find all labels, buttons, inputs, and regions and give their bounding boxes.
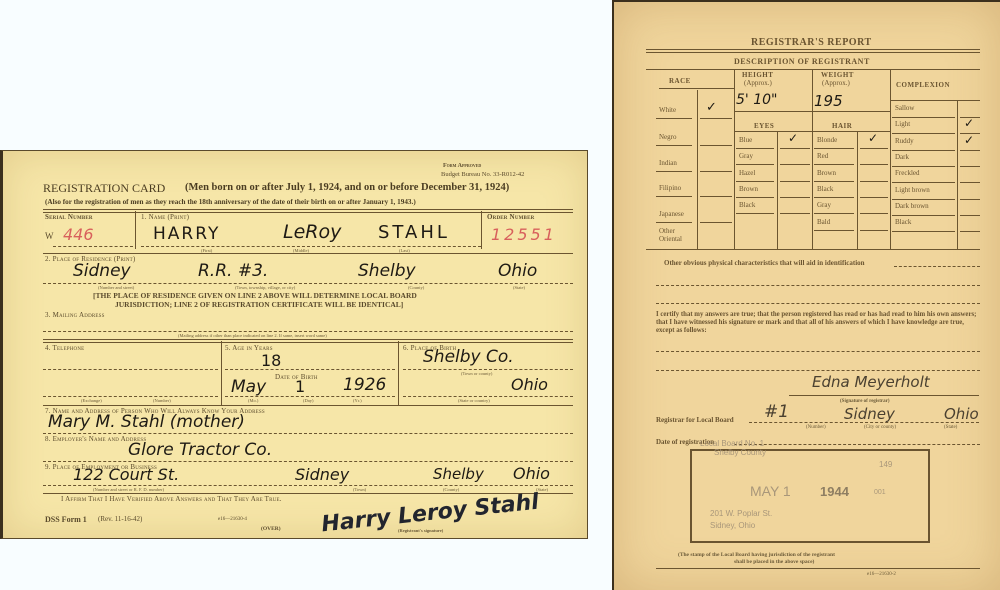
divider bbox=[646, 69, 980, 70]
hair-label: Bald bbox=[817, 218, 830, 226]
employment-state: Ohio bbox=[513, 464, 550, 483]
divider bbox=[656, 568, 980, 569]
line bbox=[43, 331, 573, 332]
stamp-county: Shelby County bbox=[714, 448, 766, 457]
line bbox=[860, 164, 888, 165]
order-number-label: Order Number bbox=[487, 213, 534, 221]
line bbox=[814, 148, 854, 149]
header-weight: WEIGHT bbox=[821, 71, 854, 79]
line bbox=[780, 164, 810, 165]
complexion-label: Dark brown bbox=[895, 202, 929, 210]
dob-month: May bbox=[231, 377, 266, 397]
dob-day: 1 bbox=[295, 377, 305, 396]
name-first: HARRY bbox=[153, 224, 220, 244]
divider bbox=[890, 69, 891, 249]
stamp-address: 201 W. Poplar St. bbox=[710, 509, 772, 518]
line bbox=[734, 444, 980, 445]
divider bbox=[734, 111, 890, 112]
line bbox=[43, 369, 218, 370]
check-mark-icon: ✓ bbox=[706, 100, 717, 115]
over-label: (OVER) bbox=[261, 526, 281, 532]
line bbox=[736, 197, 774, 198]
registrar-signature: Edna Meyerholt bbox=[812, 373, 930, 391]
weight-value: 195 bbox=[814, 92, 843, 110]
line bbox=[736, 164, 774, 165]
contact-value: Mary M. Stahl (mother) bbox=[48, 412, 245, 432]
race-label-indian: Indian bbox=[659, 159, 677, 167]
employment-town: Sidney bbox=[295, 465, 349, 484]
line bbox=[43, 461, 573, 462]
race-label-filipino: Filipino bbox=[659, 184, 681, 192]
line bbox=[141, 246, 481, 247]
stamp-code-149: 149 bbox=[879, 460, 892, 469]
caption-day: (Day) bbox=[303, 398, 314, 403]
divider bbox=[398, 341, 399, 405]
line bbox=[960, 215, 980, 216]
eyes-label: Black bbox=[739, 201, 755, 209]
line bbox=[892, 199, 955, 200]
divider bbox=[43, 253, 573, 254]
caption-emp-county: (County) bbox=[443, 487, 459, 492]
caption-phone-number: (Number) bbox=[153, 398, 171, 403]
caption-mo: (Mo.) bbox=[248, 398, 258, 403]
other-characteristics-label: Other obvious physical characteristics t… bbox=[664, 259, 865, 267]
serial-number-label: Serial Number bbox=[45, 213, 93, 221]
birthplace-town: Shelby Co. bbox=[423, 347, 514, 367]
caption-emp-state: (State) bbox=[536, 487, 548, 492]
line bbox=[892, 182, 955, 183]
employment-street: 122 Court St. bbox=[73, 465, 179, 484]
board-number: #1 bbox=[764, 402, 789, 422]
caption-mailing: (Mailing address if other than place ind… bbox=[178, 333, 327, 338]
height-value: 5' 10" bbox=[736, 92, 777, 108]
certify-statement: I certify that my answers are true; that… bbox=[656, 311, 978, 335]
line bbox=[814, 197, 854, 198]
check-mark-icon: ✓ bbox=[788, 131, 798, 145]
divider bbox=[43, 405, 573, 406]
line bbox=[43, 433, 573, 434]
stamp-date-year: 1944 bbox=[820, 484, 849, 499]
line bbox=[814, 230, 854, 231]
registrar-label: Registrar for Local Board bbox=[656, 416, 734, 424]
birthplace-state: Ohio bbox=[511, 375, 548, 394]
registrar-signature-caption: (Signature of registrar) bbox=[840, 399, 890, 404]
eyes-label: Hazel bbox=[739, 169, 755, 177]
line bbox=[700, 222, 732, 223]
complexion-label: Ruddy bbox=[895, 137, 914, 145]
line bbox=[43, 396, 218, 397]
line bbox=[860, 197, 888, 198]
back-print-code: e16—21630-2 bbox=[867, 572, 896, 577]
line bbox=[700, 118, 732, 119]
line bbox=[892, 117, 955, 118]
line bbox=[860, 230, 888, 231]
line bbox=[814, 181, 854, 182]
caption-board-number: (Number) bbox=[806, 425, 826, 430]
line bbox=[736, 213, 774, 214]
residence-notice-2: JURISDICTION; LINE 2 OF REGISTRATION CER… bbox=[115, 300, 403, 309]
name-last: STAHL bbox=[378, 222, 450, 243]
age-value: 18 bbox=[261, 351, 281, 370]
line bbox=[656, 370, 980, 371]
divider bbox=[481, 211, 482, 249]
caption-birth-town: (Town or county) bbox=[461, 371, 492, 376]
line bbox=[860, 213, 888, 214]
line bbox=[780, 213, 810, 214]
race-label-other-oriental: Other Oriental bbox=[659, 227, 695, 243]
line bbox=[892, 133, 955, 134]
complexion-label: Sallow bbox=[895, 104, 914, 112]
caption-emp-town: (Town) bbox=[353, 487, 366, 492]
line bbox=[656, 145, 692, 146]
stamp-date-month-day: MAY 1 bbox=[750, 483, 791, 499]
form-rev: (Rev. 11-16-42) bbox=[98, 515, 142, 523]
caption-birth-state: (State or country) bbox=[458, 398, 490, 403]
line bbox=[43, 485, 573, 486]
caption-board-city: (City or county) bbox=[864, 425, 896, 430]
line bbox=[656, 171, 692, 172]
hair-label: Blonde bbox=[817, 136, 837, 144]
caption-emp-street: (Number and street or R. F. D. number) bbox=[93, 487, 164, 492]
line bbox=[749, 422, 979, 423]
residence-notice-1: [THE PLACE OF RESIDENCE GIVEN ON LINE 2 … bbox=[93, 291, 417, 300]
line bbox=[403, 396, 573, 397]
divider bbox=[135, 211, 136, 249]
form-id: DSS Form 1 bbox=[45, 515, 87, 524]
board-city: Sidney bbox=[844, 405, 895, 423]
eyes-label: Brown bbox=[739, 185, 758, 193]
hair-label: Red bbox=[817, 152, 828, 160]
complexion-label: Light brown bbox=[895, 186, 930, 194]
line bbox=[780, 197, 810, 198]
divider bbox=[43, 339, 573, 343]
complexion-label: Dark bbox=[895, 153, 909, 161]
divider bbox=[221, 341, 222, 405]
line bbox=[892, 150, 955, 151]
header-height-approx: (Approx.) bbox=[744, 79, 772, 87]
complexion-label: Freckled bbox=[895, 169, 920, 177]
residence-county: Shelby bbox=[358, 261, 416, 281]
local-board-stamp: Local Board No. 1 Shelby County 149 MAY … bbox=[690, 449, 930, 543]
divider bbox=[734, 69, 735, 249]
line bbox=[814, 164, 854, 165]
line bbox=[780, 181, 810, 182]
hair-label: Black bbox=[817, 185, 833, 193]
divider bbox=[857, 131, 858, 249]
caption-exchange: (Exchange) bbox=[81, 398, 102, 403]
employment-county: Shelby bbox=[433, 465, 484, 483]
eyes-label: Gray bbox=[739, 152, 753, 160]
line bbox=[789, 395, 979, 396]
telephone-label: 4. Telephone bbox=[45, 344, 84, 352]
header-weight-approx: (Approx.) bbox=[822, 79, 850, 87]
line bbox=[892, 231, 955, 232]
hair-label: Brown bbox=[817, 169, 836, 177]
line bbox=[53, 246, 133, 247]
stamp-caption-1: (The stamp of the Local Board having jur… bbox=[678, 552, 835, 558]
print-code: e16—21630-4 bbox=[218, 517, 247, 522]
line bbox=[225, 396, 395, 397]
registration-card-front: Form Approved Budget Bureau No. 33-R012-… bbox=[0, 150, 588, 539]
line bbox=[700, 196, 732, 197]
stamp-code-001: 001 bbox=[874, 489, 886, 496]
line bbox=[43, 283, 573, 284]
header-height: HEIGHT bbox=[742, 71, 773, 79]
dob-year: 1926 bbox=[343, 375, 386, 395]
race-label-japanese: Japanese bbox=[659, 210, 684, 218]
hair-label: Gray bbox=[817, 201, 831, 209]
caption-town: (Town, township, village, or city) bbox=[235, 285, 295, 290]
signature-caption: (Registrant's signature) bbox=[398, 528, 443, 533]
line bbox=[403, 369, 573, 370]
line bbox=[960, 166, 980, 167]
line bbox=[656, 118, 692, 119]
description-subtitle: DESCRIPTION OF REGISTRANT bbox=[734, 57, 870, 66]
serial-prefix: W bbox=[45, 231, 54, 241]
divider bbox=[646, 49, 980, 53]
line bbox=[960, 182, 980, 183]
divider bbox=[777, 131, 778, 249]
line bbox=[700, 171, 732, 172]
caption-state: (State) bbox=[513, 285, 525, 290]
caption-yr: (Yr.) bbox=[353, 398, 362, 403]
divider bbox=[957, 100, 958, 249]
line bbox=[814, 213, 854, 214]
line bbox=[860, 148, 888, 149]
divider bbox=[734, 131, 890, 132]
line bbox=[736, 148, 774, 149]
line bbox=[960, 199, 980, 200]
employer-value: Glore Tractor Co. bbox=[128, 440, 272, 460]
check-mark-icon: ✓ bbox=[964, 116, 974, 130]
header-complexion: COMPLEXION bbox=[896, 81, 950, 89]
race-label-white: White bbox=[659, 106, 676, 114]
line bbox=[960, 150, 980, 151]
affirm-statement: I Affirm That I Have Verified Above Answ… bbox=[61, 495, 282, 503]
caption-county: (County) bbox=[408, 285, 424, 290]
header-hair: HAIR bbox=[832, 122, 852, 130]
caption-board-state: (State) bbox=[944, 425, 957, 430]
divider bbox=[659, 88, 734, 89]
line bbox=[656, 303, 980, 304]
name-label: 1. Name (Print) bbox=[141, 213, 189, 221]
stamp-city: Sidney, Ohio bbox=[710, 521, 755, 530]
line bbox=[656, 196, 692, 197]
header-eyes: EYES bbox=[754, 122, 774, 130]
header-race: RACE bbox=[669, 77, 691, 85]
caption-street: (Number and street) bbox=[98, 285, 134, 290]
line bbox=[780, 148, 810, 149]
complexion-label: Light bbox=[895, 120, 910, 128]
divider bbox=[697, 90, 698, 249]
mailing-label: 3. Mailing Address bbox=[45, 311, 105, 319]
line bbox=[700, 145, 732, 146]
line bbox=[736, 181, 774, 182]
stamp-caption-2: shall be placed in the above space) bbox=[734, 559, 814, 565]
card-title: REGISTRATION CARD bbox=[43, 181, 165, 196]
line bbox=[892, 215, 955, 216]
name-middle: LeRoy bbox=[283, 221, 341, 243]
registrar-report-title: REGISTRAR'S REPORT bbox=[751, 37, 872, 48]
check-mark-icon: ✓ bbox=[964, 133, 974, 147]
check-mark-icon: ✓ bbox=[868, 131, 878, 145]
serial-number-value: 446 bbox=[63, 225, 94, 244]
complexion-label: Black bbox=[895, 218, 911, 226]
residence-state: Ohio bbox=[498, 261, 537, 281]
divider bbox=[890, 100, 980, 101]
budget-bureau: Budget Bureau No. 33-R012-42 bbox=[441, 171, 524, 178]
line bbox=[860, 181, 888, 182]
line bbox=[656, 351, 980, 352]
line bbox=[225, 369, 395, 370]
line bbox=[894, 266, 980, 267]
line bbox=[960, 231, 980, 232]
divider bbox=[812, 69, 813, 249]
also-line: (Also for the registration of men as the… bbox=[45, 198, 416, 206]
residence-town: R.R. #3. bbox=[198, 261, 268, 281]
board-state: Ohio bbox=[944, 405, 979, 423]
divider bbox=[646, 249, 980, 250]
form-approved: Form Approved bbox=[443, 163, 481, 169]
line bbox=[656, 222, 692, 223]
order-number-value: 12551 bbox=[491, 225, 557, 244]
race-label-negro: Negro bbox=[659, 133, 677, 141]
stamp-line-top: Local Board No. 1 bbox=[700, 439, 764, 448]
line bbox=[892, 166, 955, 167]
residence-street: Sidney bbox=[73, 261, 131, 281]
line bbox=[656, 285, 980, 286]
card-subtitle: (Men born on or after July 1, 1924, and … bbox=[185, 182, 509, 193]
eyes-label: Blue bbox=[739, 136, 752, 144]
